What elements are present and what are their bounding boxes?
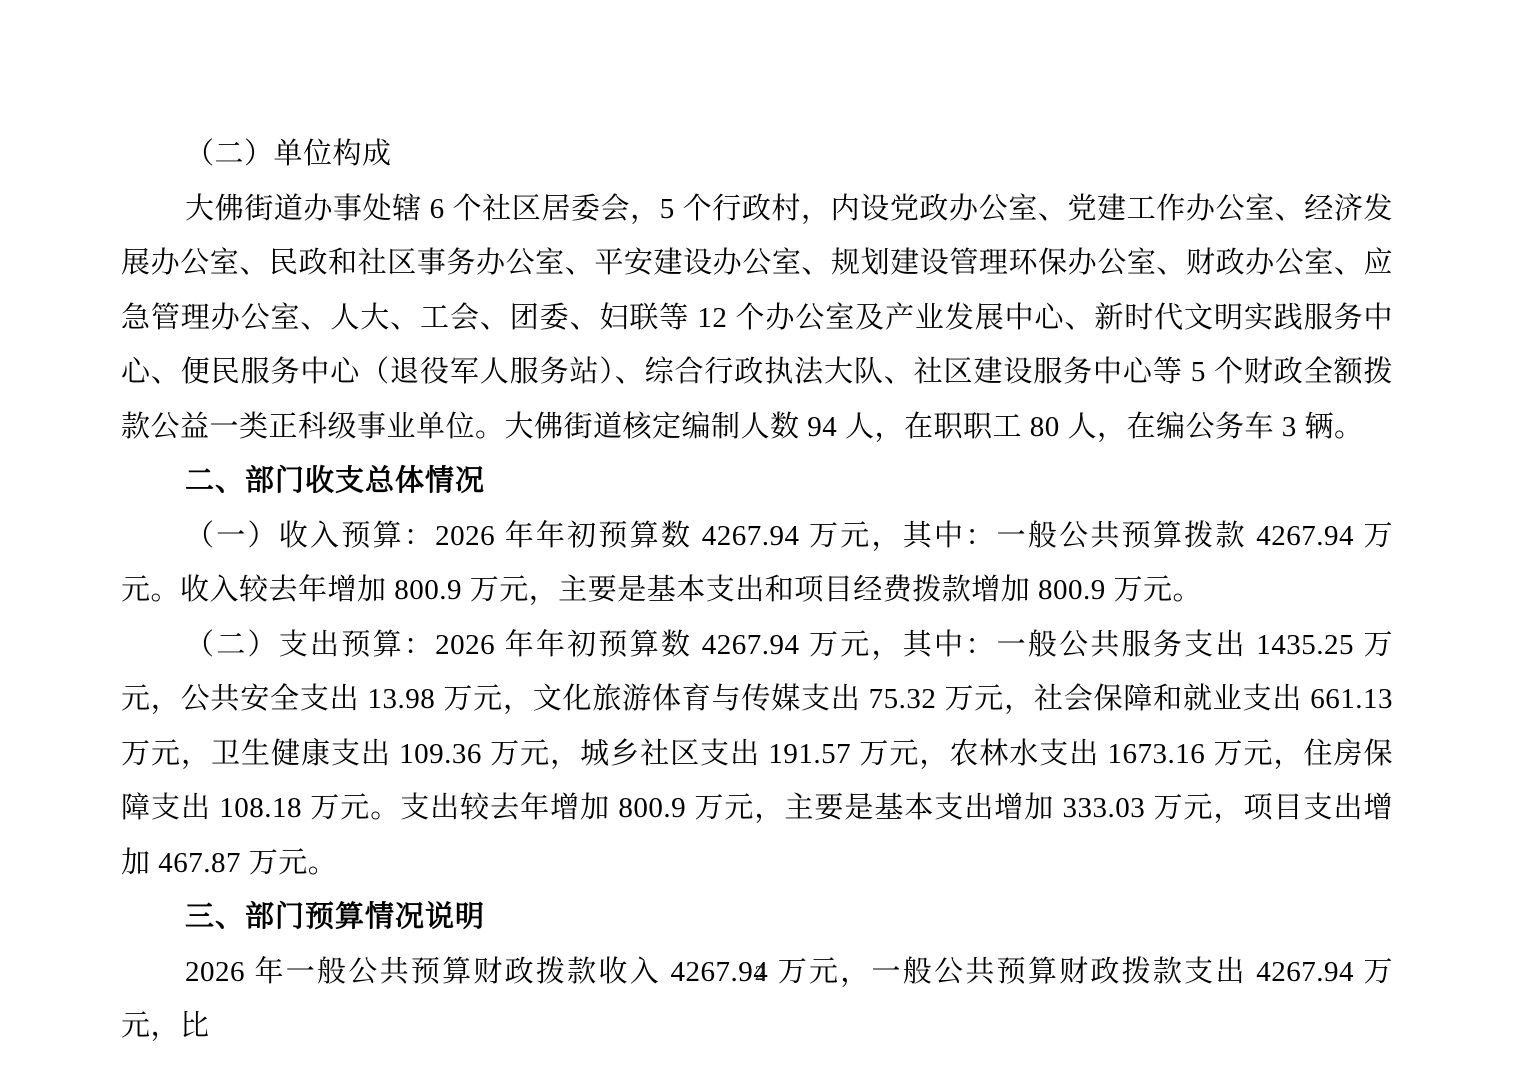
heading-revenue-expenditure-overview: 二、部门收支总体情况 — [121, 454, 1393, 509]
subheading-unit-composition: （二）单位构成 — [121, 127, 1393, 182]
document-page: （二）单位构成 大佛街道办事处辖 6 个社区居委会，5 个行政村，内设党政办公室… — [0, 0, 1520, 1074]
paragraph-expenditure-budget: （二）支出预算：2026 年年初预算数 4267.94 万元，其中：一般公共服务… — [121, 618, 1393, 891]
document-body: （二）单位构成 大佛街道办事处辖 6 个社区居委会，5 个行政村，内设党政办公室… — [121, 127, 1393, 1054]
heading-budget-explanation: 三、部门预算情况说明 — [121, 890, 1393, 945]
paragraph-revenue-budget: （一）收入预算：2026 年年初预算数 4267.94 万元，其中：一般公共预算… — [121, 509, 1393, 618]
page-number: 2 — [0, 958, 1520, 988]
paragraph-unit-composition: 大佛街道办事处辖 6 个社区居委会，5 个行政村，内设党政办公室、党建工作办公室… — [121, 182, 1393, 455]
